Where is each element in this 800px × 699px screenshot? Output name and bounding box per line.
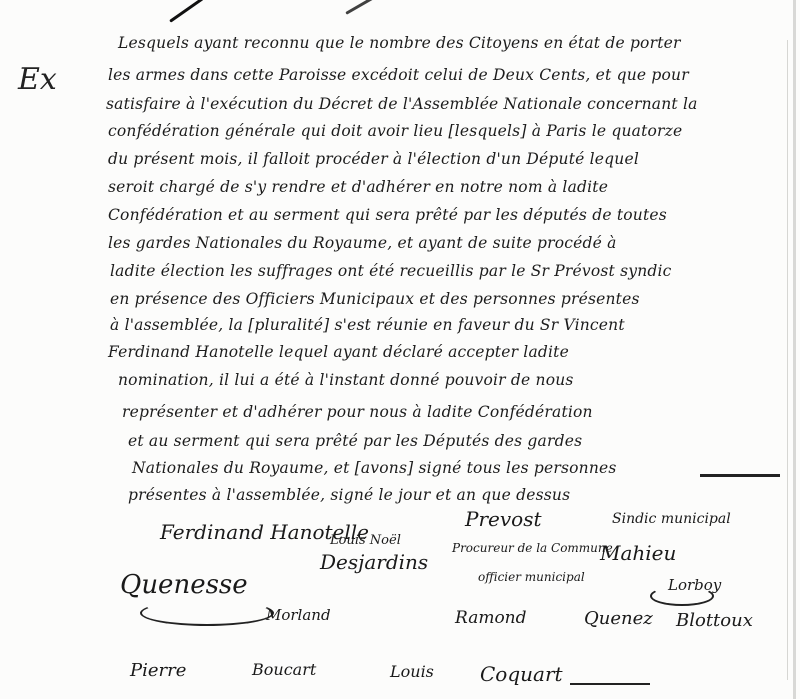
signature-pierre: Pierre <box>130 660 186 681</box>
ink-bleed-stroke <box>345 0 381 15</box>
signature-mahieu: Mahieu <box>600 541 676 565</box>
signature-ramond: Ramond <box>455 608 527 628</box>
closing-rule <box>700 474 780 477</box>
signature-procureur: Procureur de la Commune <box>452 541 613 555</box>
signature-flourish <box>140 600 274 626</box>
signature-quenesse: Quenesse <box>120 570 248 600</box>
text-line: les gardes Nationales du Royaume, et aya… <box>108 234 617 252</box>
text-line: Lesquels ayant reconnu que le nombre des… <box>118 34 681 52</box>
text-line: seroit chargé de s'y rendre et d'adhérer… <box>108 178 608 196</box>
text-line: et au serment qui sera prêté par les Dép… <box>128 432 582 450</box>
page-fold-line <box>787 40 788 680</box>
signature-syndic-title: Sindic municipal <box>612 511 731 527</box>
text-line: à l'assemblée, la [pluralité] s'est réun… <box>110 316 625 334</box>
text-line: présentes à l'assemblée, signé le jour e… <box>128 486 570 504</box>
signature-louis-noel: Louis Noël <box>330 533 401 548</box>
text-line: Confédération et au serment qui sera prê… <box>108 206 667 224</box>
text-line: Nationales du Royaume, et [avons] signé … <box>132 459 617 477</box>
signature-prevost: Prevost <box>465 507 542 531</box>
margin-annotation: Ex <box>18 62 57 97</box>
signature-louis: Louis <box>390 662 434 681</box>
signature-quenez: Quenez <box>584 608 653 629</box>
manuscript-page: Ex Lesquels ayant reconnu que le nombre … <box>0 0 800 699</box>
signature-desjardins: Desjardins <box>320 550 428 574</box>
text-line: Ferdinand Hanotelle lequel ayant déclaré… <box>108 343 569 361</box>
signature-morland: Morland <box>266 606 331 624</box>
ink-bleed-stroke <box>169 0 203 23</box>
signature-underline <box>570 683 650 685</box>
signature-coquart: Coquart <box>480 662 563 686</box>
text-line: en présence des Officiers Municipaux et … <box>110 290 640 308</box>
page-edge <box>793 0 796 699</box>
text-line: ladite élection les suffrages ont été re… <box>110 262 672 280</box>
text-line: nomination, il lui a été à l'instant don… <box>118 371 574 389</box>
text-line: satisfaire à l'exécution du Décret de l'… <box>106 95 698 113</box>
text-line: représenter et d'adhérer pour nous à lad… <box>122 403 593 421</box>
text-line: du présent mois, il falloit procéder à l… <box>108 150 639 168</box>
signature-blottoux: Blottoux <box>676 610 753 631</box>
signature-boucart: Boucart <box>252 660 316 679</box>
text-line: confédération générale qui doit avoir li… <box>108 122 682 140</box>
text-line: les armes dans cette Paroisse excédoit c… <box>108 66 689 84</box>
signature-flourish <box>650 586 714 606</box>
signature-officier: officier municipal <box>478 570 585 584</box>
